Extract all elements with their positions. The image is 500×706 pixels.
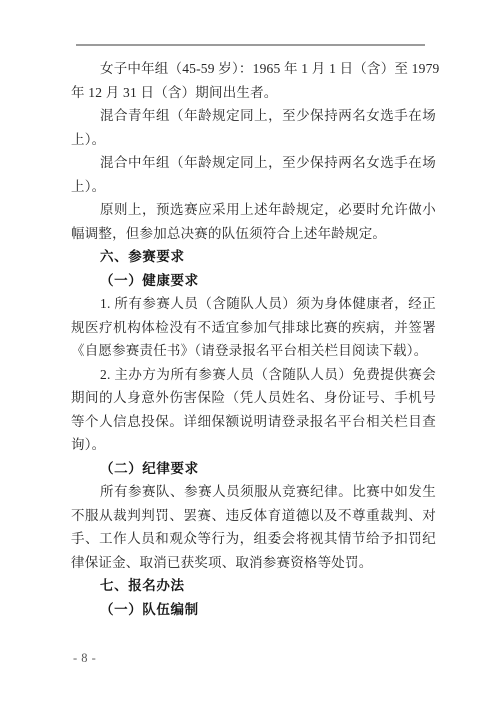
- text-line: （一）健康要求: [71, 269, 436, 293]
- paragraph: 2. 主办方为所有参赛人员（含随队人员）免费提供赛会期间的人身意外伤害保险（凭人…: [71, 363, 436, 457]
- header-divider: [76, 44, 425, 46]
- text-line: 幅调整，但参加总决赛的队伍须符合上述年龄规定。: [71, 222, 436, 246]
- paragraph: 原则上，预选赛应采用上述年龄规定，必要时允许做小幅调整，但参加总决赛的队伍须符合…: [71, 198, 436, 245]
- section-heading: （二）纪律要求: [71, 457, 436, 481]
- paragraph: 所有参赛队、参赛人员须服从竞赛纪律。比赛中如发生不服从裁判判罚、罢赛、违反体育道…: [71, 480, 436, 574]
- text-line: 年 12 月 31 日（含）期间出生者。: [71, 81, 436, 105]
- document-body: 女子中年组（45-59 岁）：1965 年 1 月 1 日（含）至 1979年 …: [71, 57, 436, 621]
- text-line: 七、报名办法: [71, 574, 436, 598]
- text-line: （一）队伍编制: [71, 598, 436, 622]
- section-heading: （一）队伍编制: [71, 598, 436, 622]
- section-heading: （一）健康要求: [71, 269, 436, 293]
- document-page: 女子中年组（45-59 岁）：1965 年 1 月 1 日（含）至 1979年 …: [0, 0, 500, 706]
- text-line: 询）。: [71, 433, 436, 457]
- text-line: 混合青年组（年龄规定同上，至少保持两名女选手在场: [71, 104, 436, 128]
- text-line: 等个人信息投保。详细保额说明请登录报名平台相关栏目查: [71, 410, 436, 434]
- paragraph: 1. 所有参赛人员（含随队人员）须为身体健康者，经正规医疗机构体检没有不适宜参加…: [71, 292, 436, 363]
- section-heading: 六、参赛要求: [71, 245, 436, 269]
- paragraph: 混合青年组（年龄规定同上，至少保持两名女选手在场上）。: [71, 104, 436, 151]
- text-line: 期间的人身意外伤害保险（凭人员姓名、身份证号、手机号: [71, 386, 436, 410]
- text-line: 上）。: [71, 175, 436, 199]
- text-line: 原则上，预选赛应采用上述年龄规定，必要时允许做小: [71, 198, 436, 222]
- section-heading: 七、报名办法: [71, 574, 436, 598]
- text-line: 上）。: [71, 128, 436, 152]
- page-number: - 8 -: [73, 650, 96, 666]
- text-line: 1. 所有参赛人员（含随队人员）须为身体健康者，经正: [71, 292, 436, 316]
- text-line: 《自愿参赛责任书》（请登录报名平台相关栏目阅读下载）。: [71, 339, 436, 363]
- text-line: （二）纪律要求: [71, 457, 436, 481]
- text-line: 2. 主办方为所有参赛人员（含随队人员）免费提供赛会: [71, 363, 436, 387]
- paragraph: 混合中年组（年龄规定同上，至少保持两名女选手在场上）。: [71, 151, 436, 198]
- text-line: 不服从裁判判罚、罢赛、违反体育道德以及不尊重裁判、对: [71, 504, 436, 528]
- text-line: 规医疗机构体检没有不适宜参加气排球比赛的疾病，并签署: [71, 316, 436, 340]
- text-line: 手、工作人员和观众等行为，组委会将视其情节给予扣罚纪: [71, 527, 436, 551]
- text-line: 律保证金、取消已获奖项、取消参赛资格等处罚。: [71, 551, 436, 575]
- text-line: 六、参赛要求: [71, 245, 436, 269]
- text-line: 混合中年组（年龄规定同上，至少保持两名女选手在场: [71, 151, 436, 175]
- text-line: 女子中年组（45-59 岁）：1965 年 1 月 1 日（含）至 1979: [71, 57, 436, 81]
- paragraph: 女子中年组（45-59 岁）：1965 年 1 月 1 日（含）至 1979年 …: [71, 57, 436, 104]
- text-line: 所有参赛队、参赛人员须服从竞赛纪律。比赛中如发生: [71, 480, 436, 504]
